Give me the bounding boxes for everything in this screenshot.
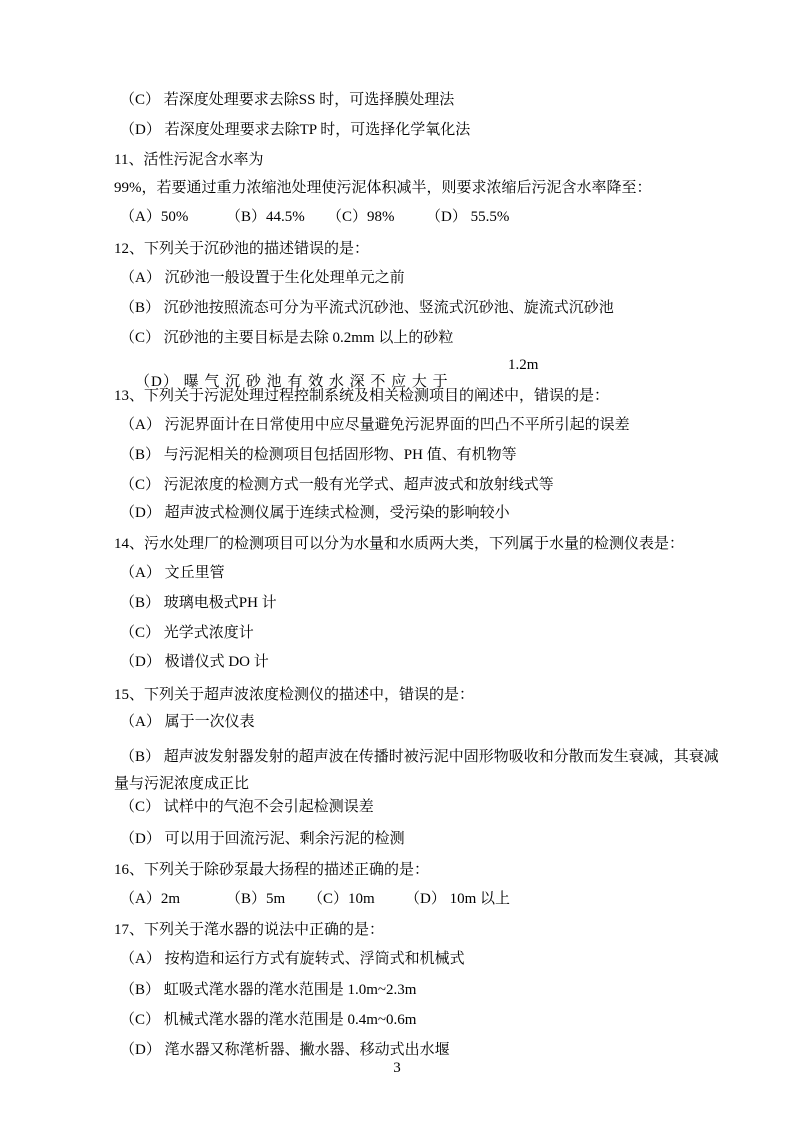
q17-option-d: （D） 滗水器又称滗析器、撇水器、移动式出水堰 [120,1042,450,1059]
q15-option-d: （D） 可以用于回流污泥、剩余污泥的检测 [120,831,405,848]
q13-option-b: （B） 与污泥相关的检测项目包括固形物、PH 值、有机物等 [120,447,517,464]
q11-options-row: （A）50% （B）44.5% （C）98% （D） 55.5% [120,209,135,311]
q14-option-a: （A） 文丘里管 [120,565,225,582]
q14-option-c: （C） 光学式浓度计 [120,625,254,642]
q15-option-a: （A） 属于一次仪表 [120,714,255,731]
q12-stem: 12、下列关于沉砂池的描述错误的是： [114,241,369,258]
q11-stem-line-2: 99%，若要通过重力浓缩池处理使污泥体积减半，则要求浓缩后污泥含水率降至： [114,180,652,197]
q14-stem: 14、污水处理厂的检测项目可以分为水量和水质两大类，下列属于水量的检测仪表是： [114,536,684,553]
q16-options-row: （A）2m （B）5m （C）10m （D） 10m 以上 [120,891,135,993]
q11-option-c: （C）98% [327,209,395,226]
q13-option-c: （C） 污泥浓度的检测方式一般有光学式、超声波式和放射线式等 [120,477,554,494]
q15-option-b-line-1: （B） 超声波发射器发射的超声波在传播时被污泥中固形物吸收和分散而发生衰减，其衰… [120,749,719,766]
q17-option-c: （C） 机械式滗水器的滗水范围是 0.4m~0.6m [120,1012,416,1029]
q17-option-b: （B） 虹吸式滗水器的滗水范围是 1.0m~2.3m [120,982,416,999]
q13-option-d: （D） 超声波式检测仪属于连续式检测，受污染的影响较小 [120,505,510,522]
q12-option-d-value: 1.2m [508,357,538,374]
q11-option-a: （A）50% [120,209,188,226]
q15-stem: 15、下列关于超声波浓度检测仪的描述中，错误的是： [114,687,474,704]
q16-option-c: （C）10m [308,891,375,908]
q14-option-b: （B） 玻璃电极式PH 计 [120,595,277,612]
q12-option-c: （C） 沉砂池的主要目标是去除 0.2mm 以上的砂粒 [120,330,453,347]
q14-option-d: （D） 极谱仪式 DO 计 [120,654,269,671]
q16-option-a: （A）2m [120,891,180,908]
q16-stem: 16、下列关于除砂泵最大扬程的描述正确的是： [114,862,429,879]
q13-stem: 13、下列关于污泥处理过程控制系统及相关检测项目的阐述中，错误的是： [114,388,609,405]
q16-option-b: （B）5m [226,891,285,908]
q10-option-c: （C） 若深度处理要求去除SS 时，可选择膜处理法 [120,92,454,109]
q17-stem: 17、下列关于滗水器的说法中正确的是： [114,922,384,939]
q11-option-d: （D） 55.5% [426,209,509,226]
q12-option-a: （A） 沉砂池一般设置于生化处理单元之前 [120,270,405,287]
q16-option-d: （D） 10m 以上 [405,891,510,908]
q15-option-b-line-2: 量与污泥浓度成正比 [114,776,249,793]
q11-stem-line-1: 11、活性污泥含水率为 [114,152,263,169]
q17-option-a: （A） 按构造和运行方式有旋转式、浮筒式和机械式 [120,951,465,968]
q10-option-d: （D） 若深度处理要求去除TP 时，可选择化学氧化法 [120,122,470,139]
q13-option-a: （A） 污泥界面计在日常使用中应尽量避免污泥界面的凹凸不平所引起的误差 [120,417,630,434]
document-page: （C） 若深度处理要求去除SS 时，可选择膜处理法 （D） 若深度处理要求去除T… [0,0,794,1123]
q15-option-c: （C） 试样中的气泡不会引起检测误差 [120,799,374,816]
q11-option-b: （B）44.5% [226,209,305,226]
page-number: 3 [0,1060,794,1077]
q12-option-b: （B） 沉砂池按照流态可分为平流式沉砂池、竖流式沉砂池、旋流式沉砂池 [120,300,614,317]
